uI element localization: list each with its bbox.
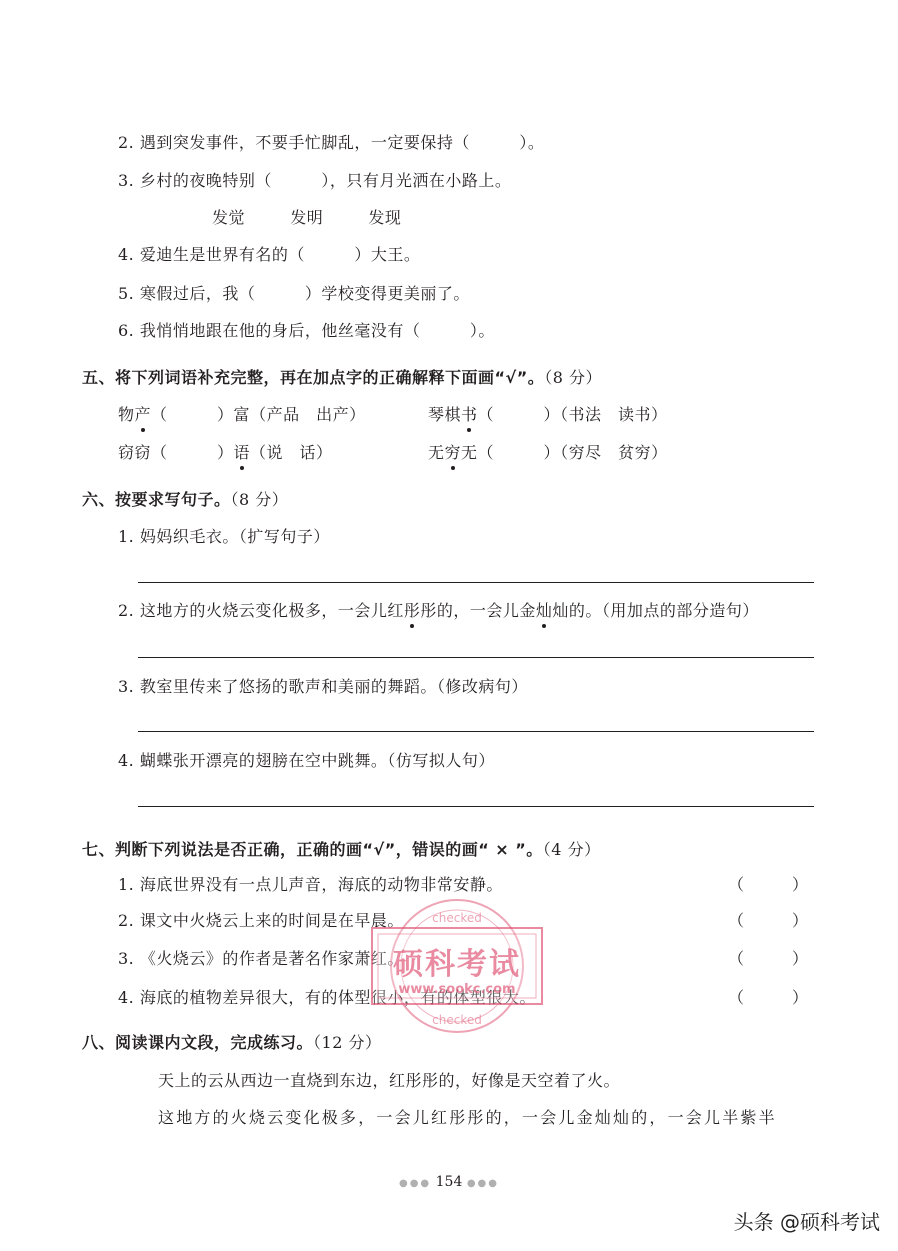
question-text: 妈妈织毛衣。（扩写句子） bbox=[140, 527, 330, 546]
answer-parentheses[interactable]: （ ） bbox=[728, 985, 808, 1008]
question-number: 3. bbox=[118, 171, 134, 190]
question-4-4: 4. 爱迪生是世界有名的（ ）大王。 bbox=[118, 242, 420, 265]
question-number: 2. bbox=[118, 911, 134, 930]
answer-parentheses[interactable]: （ ） bbox=[728, 872, 808, 895]
question-text: 这地方的火烧云变化极多，一会儿 bbox=[140, 601, 388, 620]
meaning-options: （穷尽 贫穷） bbox=[560, 443, 668, 462]
question-number: 3. bbox=[118, 677, 134, 696]
answer-line[interactable] bbox=[138, 582, 814, 583]
section-points: （8 分） bbox=[231, 490, 289, 509]
word-part: 窃窃 bbox=[118, 443, 151, 462]
page-number-value: 154 bbox=[436, 1174, 463, 1190]
word-part: 物 bbox=[118, 405, 135, 424]
question-number: 6. bbox=[118, 321, 134, 340]
question-text: 我悄悄地跟在他的身后，他丝毫没有（ ）。 bbox=[140, 321, 495, 340]
dotted-character: 语 bbox=[234, 440, 251, 463]
word-completion-4: 无穷无（ ）（穷尽 贫穷） bbox=[428, 440, 668, 463]
judgment-2: 2. 课文中火烧云上来的时间是在早晨。 bbox=[118, 908, 404, 931]
word-part: 琴棋 bbox=[428, 405, 461, 424]
decorative-dots-right: ●●● bbox=[467, 1178, 499, 1189]
blank: （ ） bbox=[478, 405, 561, 424]
dotted-text: 红彤彤 bbox=[387, 598, 437, 621]
word-part: 无 bbox=[461, 443, 478, 462]
answer-parentheses[interactable]: （ ） bbox=[728, 908, 808, 931]
decorative-dots-left: ●●● bbox=[399, 1178, 431, 1189]
dotted-text: 金灿灿 bbox=[519, 598, 569, 621]
section-points: （12 分） bbox=[313, 1033, 381, 1052]
question-number: 1. bbox=[118, 875, 134, 894]
answer-line[interactable] bbox=[138, 731, 814, 732]
section-title: 五、将下列词语补充完整，再在加点字的正确解释下面画“√”。 bbox=[82, 368, 544, 387]
reading-paragraph-2: 这地方的火烧云变化极多，一会儿红彤彤的，一会儿金灿灿的，一会儿半紫半 bbox=[158, 1105, 777, 1128]
question-text: 《火烧云》的作者是著名作家萧红。 bbox=[140, 949, 404, 968]
question-6-3: 3. 教室里传来了悠扬的歌声和美丽的舞蹈。（修改病句） bbox=[118, 674, 528, 697]
question-6-4: 4. 蝴蝶张开漂亮的翅膀在空中跳舞。（仿写拟人句） bbox=[118, 748, 495, 771]
judgment-3: 3. 《火烧云》的作者是著名作家萧红。 bbox=[118, 946, 404, 969]
question-text: 蝴蝶张开漂亮的翅膀在空中跳舞。（仿写拟人句） bbox=[140, 751, 495, 770]
word-part: 无 bbox=[428, 443, 445, 462]
section-7-heading: 七、判断下列说法是否正确，正确的画“√”，错误的画“ × ”。（4 分） bbox=[82, 837, 601, 860]
dotted-character: 书 bbox=[461, 402, 478, 425]
answer-parentheses[interactable]: （ ） bbox=[728, 946, 808, 969]
section-5-heading: 五、将下列词语补充完整，再在加点字的正确解释下面画“√”。（8 分） bbox=[82, 365, 602, 388]
word-bank-item: 发现 bbox=[368, 208, 401, 227]
question-number: 4. bbox=[118, 751, 134, 770]
question-number: 4. bbox=[118, 245, 134, 264]
question-6-1: 1. 妈妈织毛衣。（扩写句子） bbox=[118, 524, 330, 547]
question-number: 5. bbox=[118, 284, 134, 303]
question-number: 1. bbox=[118, 527, 134, 546]
question-number: 3. bbox=[118, 949, 134, 968]
dotted-character: 产 bbox=[135, 402, 152, 425]
question-text: 遇到突发事件，不要手忙脚乱，一定要保持（ ）。 bbox=[140, 133, 545, 152]
section-title: 八、阅读课内文段，完成练习。 bbox=[82, 1033, 313, 1052]
answer-line[interactable] bbox=[138, 657, 814, 658]
question-4-3: 3. 乡村的夜晚特别（ ），只有月光洒在小路上。 bbox=[118, 168, 511, 191]
question-text: 海底的植物差异很大，有的体型很小，有的体型很大。 bbox=[140, 988, 536, 1007]
dotted-character: 穷 bbox=[445, 440, 462, 463]
question-4-2: 2. 遇到突发事件，不要手忙脚乱，一定要保持（ ）。 bbox=[118, 130, 544, 153]
question-text: 的。（用加点的部分造句） bbox=[569, 601, 759, 620]
blank: （ ） bbox=[478, 443, 561, 462]
question-text: 教室里传来了悠扬的歌声和美丽的舞蹈。（修改病句） bbox=[140, 677, 528, 696]
blank: （ ） bbox=[151, 405, 234, 424]
question-4-5: 5. 寒假过后，我（ ）学校变得更美丽了。 bbox=[118, 281, 470, 304]
judgment-1: 1. 海底世界没有一点儿声音，海底的动物非常安静。 bbox=[118, 872, 503, 895]
reading-paragraph-1: 天上的云从西边一直烧到东边，红彤彤的，好像是天空着了火。 bbox=[158, 1068, 620, 1091]
word-bank: 发觉 发明 发现 bbox=[212, 205, 401, 228]
svg-text:checked: checked bbox=[432, 1013, 482, 1027]
meaning-options: （书法 读书） bbox=[560, 405, 668, 424]
dotted-phrase-1: 红彤彤 bbox=[387, 601, 437, 620]
question-6-2: 2. 这地方的火烧云变化极多，一会儿红彤彤的，一会儿金灿灿的。（用加点的部分造句… bbox=[118, 598, 759, 621]
section-points: （8 分） bbox=[544, 368, 602, 387]
question-text: 爱迪生是世界有名的（ ）大王。 bbox=[140, 245, 421, 264]
question-number: 4. bbox=[118, 988, 134, 1007]
meaning-options: （说 话） bbox=[250, 443, 333, 462]
meaning-options: （产品 出产） bbox=[250, 405, 366, 424]
blank: （ ） bbox=[151, 443, 234, 462]
question-text: 海底世界没有一点儿声音，海底的动物非常安静。 bbox=[140, 875, 503, 894]
word-bank-item: 发明 bbox=[290, 208, 323, 227]
page-number: ●●● 154 ●●● bbox=[0, 1174, 898, 1190]
question-text: 的，一会儿 bbox=[437, 601, 520, 620]
section-title: 六、按要求写句子。 bbox=[82, 490, 231, 509]
question-text: 乡村的夜晚特别（ ），只有月光洒在小路上。 bbox=[140, 171, 512, 190]
svg-text:硕科考试: 硕科考试 bbox=[393, 947, 521, 982]
question-number: 2. bbox=[118, 133, 134, 152]
question-number: 2. bbox=[118, 601, 134, 620]
question-text: 寒假过后，我（ ）学校变得更美丽了。 bbox=[140, 284, 470, 303]
judgment-4: 4. 海底的植物差异很大，有的体型很小，有的体型很大。 bbox=[118, 985, 536, 1008]
section-8-heading: 八、阅读课内文段，完成练习。（12 分） bbox=[82, 1030, 381, 1053]
word-completion-2: 琴棋书（ ）（书法 读书） bbox=[428, 402, 668, 425]
section-title: 七、判断下列说法是否正确，正确的画“√”，错误的画“ × ”。 bbox=[82, 840, 543, 859]
word-part: 富 bbox=[234, 405, 251, 424]
footer-brand: 头条 @硕科考试 bbox=[734, 1206, 880, 1235]
word-completion-3: 窃窃（ ）语（说 话） bbox=[118, 440, 333, 463]
section-points: （4 分） bbox=[543, 840, 601, 859]
question-text: 课文中火烧云上来的时间是在早晨。 bbox=[140, 911, 404, 930]
answer-line[interactable] bbox=[138, 806, 814, 807]
word-bank-item: 发觉 bbox=[212, 208, 245, 227]
section-6-heading: 六、按要求写句子。（8 分） bbox=[82, 487, 288, 510]
word-completion-1: 物产（ ）富（产品 出产） bbox=[118, 402, 366, 425]
question-4-6: 6. 我悄悄地跟在他的身后，他丝毫没有（ ）。 bbox=[118, 318, 495, 341]
svg-text:checked: checked bbox=[432, 911, 482, 925]
